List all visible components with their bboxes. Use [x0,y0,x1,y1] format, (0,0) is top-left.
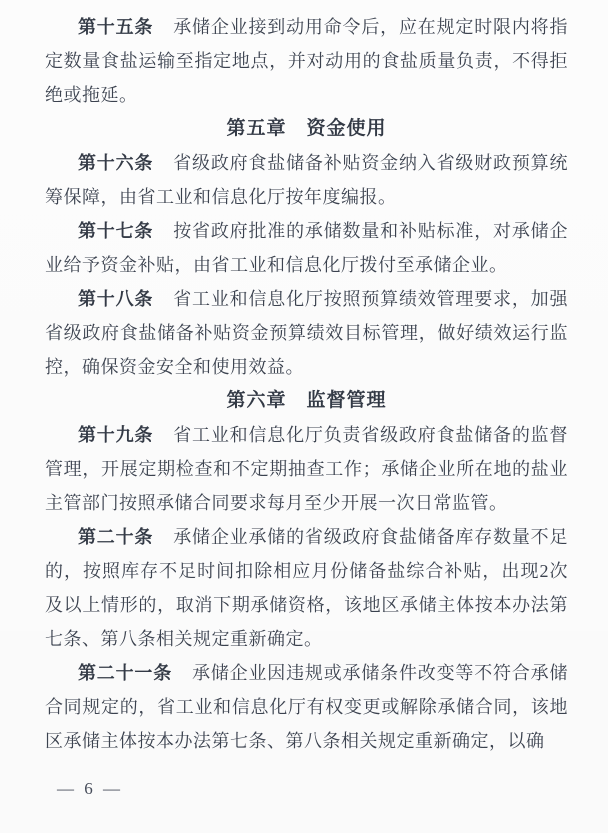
document-body: 第十五条承储企业接到动用命令后，应在规定时限内将指定数量食盐运输至指定地点，并对… [45,10,568,758]
article-paragraph: 第十七条按省政府批准的承储数量和补贴标准，对承储企业给予资金补贴，由省工业和信息… [45,214,568,282]
article-number: 第十六条 [78,153,153,173]
chapter-heading: 第六章 监督管理 [45,384,568,418]
scanned-document-page: 第十五条承储企业接到动用命令后，应在规定时限内将指定数量食盐运输至指定地点，并对… [0,0,608,833]
article-number: 第十七条 [78,221,153,241]
article-paragraph: 第十八条省工业和信息化厅按照预算绩效管理要求，加强省级政府食盐储备补贴资金预算绩… [45,282,568,384]
article-paragraph: 第十九条省工业和信息化厅负责省级政府食盐储备的监督管理，开展定期检查和不定期抽查… [45,418,568,520]
article-paragraph: 第十六条省级政府食盐储备补贴资金纳入省级财政预算统筹保障，由省工业和信息化厅按年… [45,146,568,214]
article-number: 第十九条 [78,425,153,445]
article-paragraph: 第二十条承储企业承储的省级政府食盐储备库存数量不足的，按照库存不足时间扣除相应月… [45,520,568,656]
chapter-heading: 第五章 资金使用 [45,112,568,146]
article-number: 第二十条 [78,527,153,547]
article-paragraph: 第二十一条承储企业因违规或承储条件改变等不符合承储合同规定的，省工业和信息化厅有… [45,656,568,758]
article-paragraph: 第十五条承储企业接到动用命令后，应在规定时限内将指定数量食盐运输至指定地点，并对… [45,10,568,112]
article-number: 第二十一条 [78,663,172,683]
article-number: 第十五条 [78,17,153,37]
article-number: 第十八条 [78,289,153,309]
page-number: — 6 — [57,779,123,799]
